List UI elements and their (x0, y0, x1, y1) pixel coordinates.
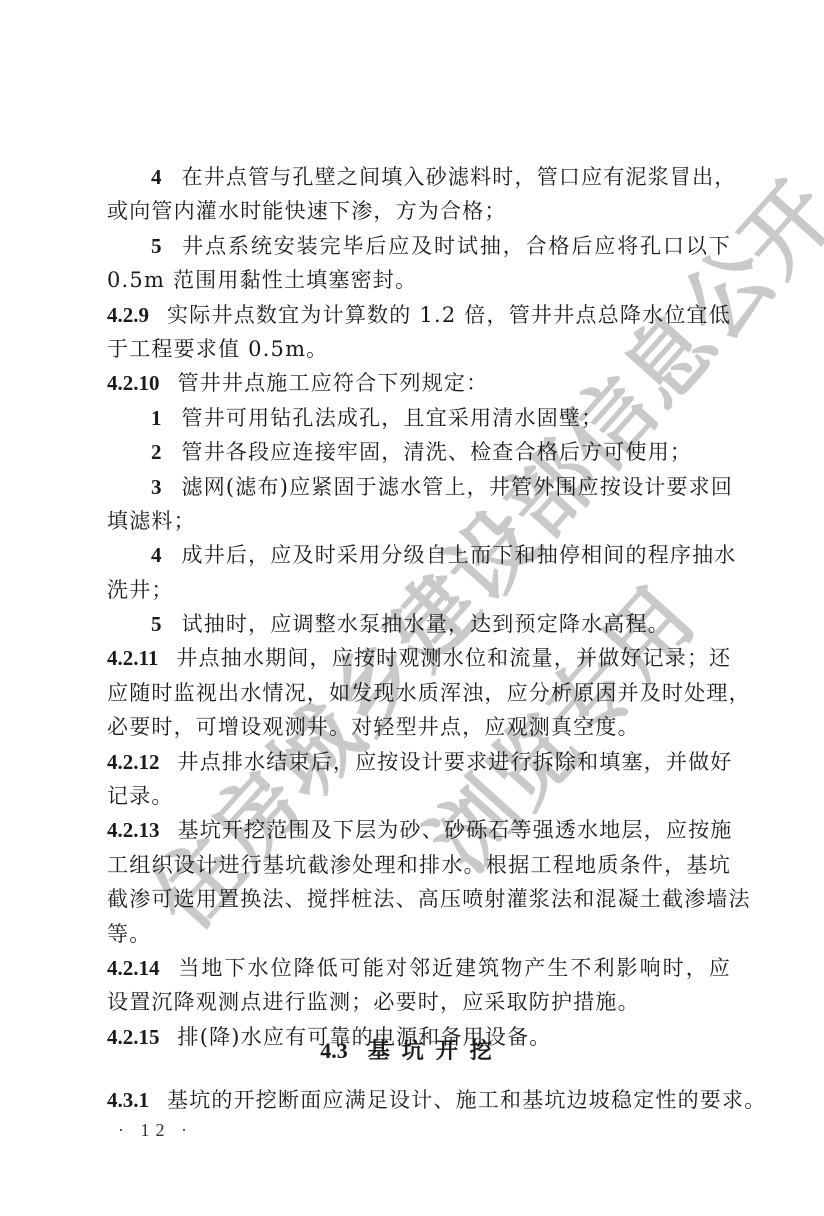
line-text: 记录。 (107, 784, 174, 808)
line-text: 滤网(滤布)应紧固于滤水管上，井管外围应按设计要求回 (182, 475, 734, 499)
clause-number: 4.3.1 (107, 1083, 149, 1117)
paragraph-line: 0.5m 范围用黏性土填塞密封。 (107, 263, 731, 297)
paragraph-line: 或向管内灌水时能快速下渗，方为合格； (107, 194, 731, 228)
paragraph-line: 于工程要求值 0.5m。 (107, 332, 731, 366)
clause-number: 4.2.10 (107, 366, 160, 400)
line-text: 必要时，可增设观测井。对轻型井点，应观测真空度。 (107, 715, 640, 739)
paragraph-line: 5试抽时，应调整水泵抽水量，达到预定降水高程。 (107, 607, 731, 641)
item-number: 5 (151, 607, 162, 641)
line-text: 截渗可选用置换法、搅拌桩法、高压喷射灌浆法和混凝土截渗墙法 (107, 887, 751, 911)
paragraph-line: 截渗可选用置换法、搅拌桩法、高压喷射灌浆法和混凝土截渗墙法 (107, 882, 731, 916)
item-number: 1 (151, 401, 162, 435)
paragraph-line: 3滤网(滤布)应紧固于滤水管上，井管外围应按设计要求回 (107, 470, 731, 504)
line-text: 基坑开挖范围及下层为砂、砂砾石等强透水地层，应按施 (178, 818, 733, 842)
line-text: 管井各段应连接牢固，清洗、检查合格后方可使用； (182, 440, 693, 464)
paragraph-line: 应随时监视出水情况，如发现水质浑浊，应分析原因并及时处理， (107, 676, 731, 710)
clause-4-3-1: 4.3.1基坑的开挖断面应满足设计、施工和基坑边坡稳定性的要求。 (107, 1083, 787, 1117)
line-text: 井点系统安装完毕后应及时试抽，合格后应将孔口以下 (182, 234, 732, 258)
paragraph-line: 4成井后，应及时采用分级自上而下和抽停相间的程序抽水 (107, 538, 731, 572)
line-text: 洗井； (107, 578, 174, 602)
paragraph-line: 2管井各段应连接牢固，清洗、检查合格后方可使用； (107, 435, 731, 469)
line-text: 设置沉降观测点进行监测；必要时，应采取防护措施。 (107, 990, 640, 1014)
paragraph-line: 设置沉降观测点进行监测；必要时，应采取防护措施。 (107, 985, 731, 1019)
item-number: 3 (151, 470, 162, 504)
line-text: 井点抽水期间，应按时观测水位和流量，并做好记录；还 (176, 646, 731, 670)
clause-line: 4.2.14当地下水位降低可能对邻近建筑物产生不利影响时，应 (107, 951, 731, 985)
line-text: 管井可用钻孔法成孔，且宜采用清水固壁； (182, 406, 604, 430)
line-text: 成井后，应及时采用分级自上而下和抽停相间的程序抽水 (182, 543, 737, 567)
section-number: 4.3 (320, 1038, 348, 1063)
paragraph-line: 洗井； (107, 573, 731, 607)
line-text: 基坑的开挖断面应满足设计、施工和基坑边坡稳定性的要求。 (167, 1088, 766, 1112)
line-text: 管井井点施工应符合下列规定： (178, 371, 489, 395)
line-text: 试抽时，应调整水泵抽水量，达到预定降水高程。 (182, 612, 670, 636)
clause-line: 4.2.11井点抽水期间，应按时观测水位和流量，并做好记录；还 (107, 641, 731, 675)
section-title: 基坑开挖 (368, 1039, 504, 1064)
clause-number: 4.2.11 (107, 641, 158, 675)
clause-line: 4.2.12井点排水结束后，应按设计要求进行拆除和填塞，并做好 (107, 745, 731, 779)
clause-number: 4.2.12 (107, 745, 160, 779)
paragraph-line: 填滤料； (107, 504, 731, 538)
line-text: 井点排水结束后，应按设计要求进行拆除和填塞，并做好 (178, 750, 733, 774)
item-number: 4 (151, 160, 162, 194)
line-text: 在井点管与孔壁之间填入砂滤料时，管口应有泥浆冒出， (182, 165, 737, 189)
line-text: 于工程要求值 0.5m。 (107, 337, 328, 361)
line-text: 实际井点数宜为计算数的 1.2 倍，管井井点总降水位宜低 (167, 303, 731, 327)
item-number: 2 (151, 435, 162, 469)
item-number: 4 (151, 538, 162, 572)
clause-number: 4.2.14 (107, 951, 160, 985)
paragraph-line: 记录。 (107, 779, 731, 813)
clause-line: 4.2.10管井井点施工应符合下列规定： (107, 366, 731, 400)
clause-line: 4.2.13基坑开挖范围及下层为砂、砂砾石等强透水地层，应按施 (107, 813, 731, 847)
line-text: 应随时监视出水情况，如发现水质浑浊，应分析原因并及时处理， (107, 681, 751, 705)
line-text: 等。 (107, 922, 151, 946)
clause-number: 4.2.13 (107, 813, 160, 847)
line-text: 或向管内灌水时能快速下渗，方为合格； (107, 199, 507, 223)
line-text: 0.5m 范围用黏性土填塞密封。 (107, 268, 417, 292)
clause-line: 4.3.1基坑的开挖断面应满足设计、施工和基坑边坡稳定性的要求。 (107, 1083, 787, 1117)
document-body: 4在井点管与孔壁之间填入砂滤料时，管口应有泥浆冒出， 或向管内灌水时能快速下渗，… (107, 160, 731, 1054)
clause-line: 4.2.9实际井点数宜为计算数的 1.2 倍，管井井点总降水位宜低 (107, 298, 731, 332)
paragraph-line: 必要时，可增设观测井。对轻型井点，应观测真空度。 (107, 710, 731, 744)
page-number: · 12 · (118, 1120, 193, 1141)
line-text: 填滤料； (107, 509, 196, 533)
item-number: 5 (151, 229, 162, 263)
paragraph-line: 等。 (107, 917, 731, 951)
section-heading: 4.3基坑开挖 (0, 1034, 824, 1065)
line-text: 工组织设计进行基坑截渗处理和排水。根据工程地质条件，基坑 (107, 853, 731, 877)
line-text: 当地下水位降低可能对邻近建筑物产生不利影响时，应 (178, 956, 732, 980)
paragraph-line: 4在井点管与孔壁之间填入砂滤料时，管口应有泥浆冒出， (107, 160, 731, 194)
paragraph-line: 工组织设计进行基坑截渗处理和排水。根据工程地质条件，基坑 (107, 848, 731, 882)
paragraph-line: 5井点系统安装完毕后应及时试抽，合格后应将孔口以下 (107, 229, 731, 263)
clause-number: 4.2.9 (107, 298, 149, 332)
paragraph-line: 1管井可用钻孔法成孔，且宜采用清水固壁； (107, 401, 731, 435)
